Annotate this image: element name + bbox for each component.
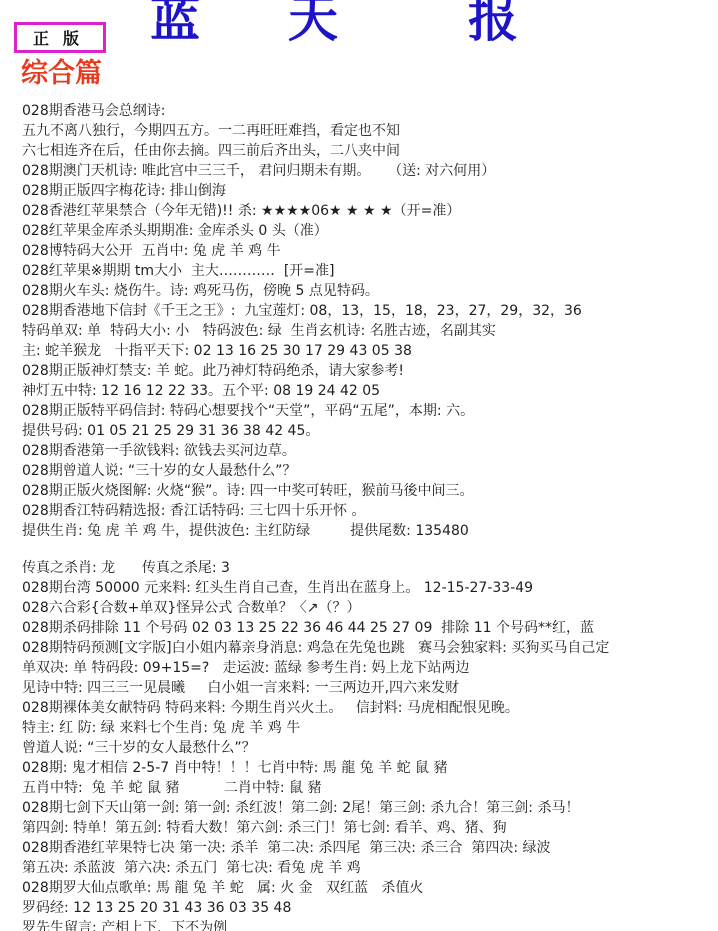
masthead: 正版 蓝 天 报 [0, 0, 718, 56]
text-line: 028六合彩{合数+单双}怪异公式 合数单？〈↗（？） [22, 598, 712, 618]
text-line: 028期正版神灯禁支: 羊 蛇。此乃神灯特码绝杀，请大家参考! [22, 361, 712, 381]
text-line: 特主: 红 防: 绿 来料七个生肖: 兔 虎 羊 鸡 牛 [22, 718, 712, 738]
text-line: 第五决: 杀蓝波 第六决: 杀五门 第七决: 看兔 虎 羊 鸡 [22, 858, 712, 878]
tip-sheet-body: 028期香港马会总纲诗: 五九不离八独行，今期四五方。一二再旺旺难挡，看定也不知… [22, 101, 712, 931]
text-line: 028期罗大仙点歌单: 馬 龍 兔 羊 蛇 属: 火 金 双红蓝 杀值火 [22, 878, 712, 898]
text-line: 见诗中特: 四三三一见晨曦 白小姐一言来料: 一三两边开,四六来发财 [22, 678, 712, 698]
text-line: 028博特码大公开 五肖中: 兔 虎 羊 鸡 牛 [22, 241, 712, 261]
tip-sheet-page: { "header": { "badge_label": "正版", "titl… [0, 0, 718, 931]
text-line: 神灯五中特: 12 16 12 22 33。五个平: 08 19 24 42 0… [22, 381, 712, 401]
text-line: 五九不离八独行，今期四五方。一二再旺旺难挡，看定也不知 [22, 121, 712, 141]
text-line: 028期七剑下天山第一剑: 第一剑: 杀红波！第二剑: 2尾！第三剑: 杀九合！… [22, 798, 712, 818]
text-line: 传真之杀肖: 龙 传真之杀尾: 3 [22, 558, 712, 578]
section-title: 综合篇 [21, 58, 102, 90]
text-line: 提供生肖: 兔 虎 羊 鸡 牛，提供波色: 主红防绿 提供尾数: 135480 [22, 521, 712, 541]
page-title-char-1: 蓝 [150, 0, 200, 47]
text-line: 028期裸体美女献特码 特码来料: 今期生肖兴火土。 信封料: 马虎相配恨见晚。 [22, 698, 712, 718]
text-line: 罗先生留言: 产相上下，下不为例 [22, 918, 712, 931]
text-line: 028期杀码排除 11 个号码 02 03 13 25 22 36 46 44 … [22, 618, 712, 638]
text-line: 罗码经: 12 13 25 20 31 43 36 03 35 48 [22, 898, 712, 918]
text-line: 028香港红苹果禁合（今年无错)!! 杀: ★★★★06★ ★ ★ ★（开=准） [22, 201, 712, 221]
text-line: 主: 蛇羊猴龙 十指平天下: 02 13 16 25 30 17 29 43 0… [22, 341, 712, 361]
text-line: 028期正版火烧图解: 火烧“猴”。诗: 四一中奖可转旺，猴前马後中间三。 [22, 481, 712, 501]
text-line: 六七相连齐在后，任由你去摘。四三前后齐出头，二八夹中间 [22, 141, 712, 161]
text-line: 028期正版特平码信封: 特码心想要找个“天堂”，平码“五尾”，本期: 六。 [22, 401, 712, 421]
text-line: 028期正版四字梅花诗: 排山倒海 [22, 181, 712, 201]
text-line: 028期: 鬼才相信 2-5-7 肖中特！！！七肖中特: 馬 龍 兔 羊 蛇 鼠… [22, 758, 712, 778]
text-line: 028期台湾 50000 元来料: 红头生肖自己查，生肖出在蓝身上。 12-15… [22, 578, 712, 598]
page-title-char-2: 天 [288, 0, 338, 47]
text-line: 028期香港地下信封《千王之王》: 九宝莲灯: 08，13，15，18，23，2… [22, 301, 712, 321]
text-line: 028期澳门天机诗: 唯此宫中三三千， 君问归期未有期。 （送: 对六何用） [22, 161, 712, 181]
text-line: 提供号码: 01 05 21 25 29 31 36 38 42 45。 [22, 421, 712, 441]
text-line: 单双决: 单 特码段: 09+15=? 走运波: 蓝绿 参考生肖: 妈上龙下站两… [22, 658, 712, 678]
text-line: 028红苹果金库杀头期期准: 金库杀头 0 头（准） [22, 221, 712, 241]
text-line: 五肖中特: 兔 羊 蛇 鼠 豬 二肖中特: 鼠 豬 [22, 778, 712, 798]
text-line: 028期香港第一手欲钱料: 欲钱去买河边草。 [22, 441, 712, 461]
text-line: 028期曾道人说: “三十岁的女人最愁什么”？ [22, 461, 712, 481]
text-line: 曾道人说: “三十岁的女人最愁什么”？ [22, 738, 712, 758]
text-line: 第四剑: 特单！第五剑: 特看大数！第六剑: 杀三门！第七剑: 看羊、鸡、猪、狗 [22, 818, 712, 838]
text-line: 028红苹果※期期 tm大小 主大………… [开=准] [22, 261, 712, 281]
text-line: 028期香江特码精选报: 香江话特码: 三七四十乐开怀 。 [22, 501, 712, 521]
text-line: 028期火车头: 烧伤牛。诗: 鸡死马伤，傍晚 5 点见特码。 [22, 281, 712, 301]
text-line: 028期特码预测[文字版]白小姐内幕亲身消息: 鸡急在先兔也跳 赛马会独家料: … [22, 638, 712, 658]
text-line: 028期香港马会总纲诗: [22, 101, 712, 121]
edition-badge: 正版 [14, 22, 106, 53]
page-title-char-3: 报 [468, 0, 518, 47]
text-line: 028期香港红苹果特七决 第一决: 杀羊 第二决: 杀四尾 第三决: 杀三合 第… [22, 838, 712, 858]
text-line: 特码单双: 单 特码大小: 小 特码波色: 绿 生肖玄机诗: 名胜古迹，名副其实 [22, 321, 712, 341]
